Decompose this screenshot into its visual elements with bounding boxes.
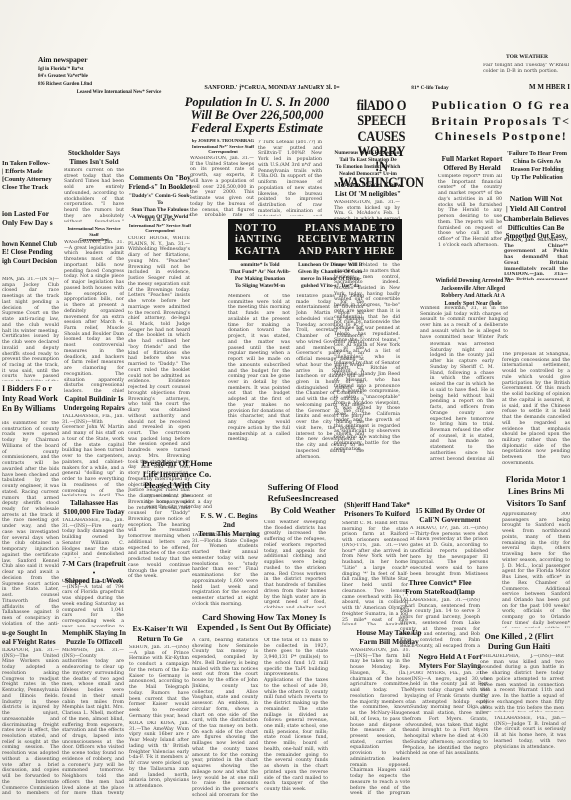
- headline-one-killed: One Killed , 2 (Flirt During Gun Haiti: [476, 632, 562, 652]
- headline-convicts-flee: Three Convict* Flee From StateRoad(lamp: [398, 579, 482, 597]
- weather-forecast: Fair tonight and Tuesday' W'Rnlsil colde…: [483, 63, 569, 85]
- black-box-word: RECEIVE MARTIN: [297, 234, 395, 245]
- black-box-word: PLANS MADE TO: [305, 223, 395, 234]
- black-box-word: KGATTA: [235, 246, 281, 257]
- article-body-35-killed: A HIKAVU, I??, Jan. 31.—(INS)—Thirty-fiv…: [410, 526, 488, 576]
- black-box-word: AND PARTY HERE: [299, 246, 395, 257]
- headline-tax-card: Card Showing How Tax Money Is Expended ,…: [194, 612, 334, 633]
- wire-service-line: Leased Wire International New* Service: [60, 90, 178, 96]
- headline-negro-held: Negro Held A t Fort Myters For Slaying: [410, 652, 490, 670]
- headline-freight-rates: u-ge Sought In eal FYeight Rates: [2, 629, 60, 647]
- article-body-population-right: ? Turk Leteaal (a01.7?) in the war putte…: [258, 140, 322, 216]
- headline-capitol-repairs: Capitol Buildinir Is Undergoing Repairs: [62, 395, 126, 412]
- headline-memphis-slaying: MemphiK Slaying In Puzzle To Offizcell: [62, 629, 126, 646]
- article-body-pekin: PEKIN, Jan. SLUMS:—.7 The Chine** govern…: [504, 238, 568, 270]
- article-body-fswc: TALLAHASSEE, Fla., Jan. 31.—Florida Stat…: [192, 533, 258, 609]
- headline-chamberlain: Chamberlain Believes Difficulties Can Be…: [502, 215, 570, 241]
- black-box-word: iANTING: [235, 234, 282, 245]
- byline-browning: BY J. B. R-T-N International Ne*' Servic…: [127, 217, 193, 234]
- issue-number: M M HBER I: [522, 83, 570, 92]
- article-body-congress: WASHINGTON, Jan. 31.—A great legislative…: [64, 240, 124, 392]
- temperature-today: 81* C-lifo Today: [398, 85, 462, 91]
- article-body-population-left: WASHINGTON, Jan. 31.—If the United State…: [190, 156, 254, 216]
- article-body-one-killed: PHILADELPHIA, J.—(INS)—But one man was k…: [480, 654, 564, 712]
- headline-sheriff-prisoners: (Sh)eriff Hand Take* Prisoners To Kuifor…: [340, 501, 414, 519]
- article-body-shipwreck: KOLA DKI KOSA, Jan. 31.—The AmeWay Wum v…: [129, 721, 189, 795]
- headline-market-report: Full Market Report Offered By Herald: [438, 155, 506, 173]
- deck-winfield-arrest: Winfield Downing Arrested At Jacksonvill…: [398, 278, 548, 308]
- headline-stockholder: Stockholder Says Times Isn't Sold: [64, 149, 124, 166]
- article-body-convicts: TALLAHASSEE, Jan. 31.—(INS)—Karl Duncan,…: [400, 598, 480, 650]
- article-body-capitol: TALLAHASSEE, Fla., Jan. 31.—(INS)—With G…: [62, 414, 124, 496]
- article-body-negro-held: FORT MYERS, Fla., Jan. 31.—(INS)—A negro…: [410, 671, 488, 796]
- article-body-winfield-2: Bowman was arrested Saturday night and l…: [430, 342, 494, 460]
- article-body-china-proposals: The proposals at Shanghai, foreign conce…: [502, 352, 570, 464]
- article-body-kennel: MPA, Jan. 31.—(IN S)— ampa Jockey Club c…: [2, 277, 59, 381]
- black-headline-box: NOT TOPLANS MADE TO iANTINGRECEIVE MARTI…: [228, 219, 402, 260]
- headline-lasted-few-days: ion Lasted For Only Few Day s: [2, 209, 60, 227]
- article-body-tax-card-left: A card, bearing statistics showing how S…: [192, 638, 258, 796]
- newspaper-page: Aim newspaper Igl in Florida'* Ba*st 84'…: [0, 0, 571, 800]
- masthead-title: Aim newspaper: [38, 55, 168, 64]
- article-body-grapefruit: ORLANDO, Fla., Jan. 31.—(INS)—A total of…: [62, 579, 124, 627]
- article-body-president: Elmer Hunt, president of the company, sp…: [146, 494, 212, 510]
- headline-florida-motor: Florida Motor 1 Lines Brins Mi Visitors …: [502, 474, 570, 510]
- article-body-farm-bill: WASHINGTON, Jan. 31.—(INS)—The farm bill…: [350, 648, 410, 796]
- article-body-judge-ill: TALLAHASSEE, Fla., Jan.—(INS)—Judge T. B…: [494, 716, 566, 762]
- article-body-winfield: Winfield Bowman, 31, is in the Seminole …: [420, 306, 508, 338]
- masthead-slogans: Igl in Florida'* Ba*st 84's Greatest Va*…: [38, 66, 168, 88]
- article-body-fire: TALLAHASSEE, Fla., Jan. 31.—(INS)—Fire e…: [62, 518, 124, 558]
- headline-publication: Publication O fG rea Britain Proposals T…: [431, 98, 571, 145]
- headline-ex-kaiser: Ex-Kaiser'ft Wil Return To Ge: [131, 624, 189, 643]
- headline-tallahassee-fire: Tallahassee Has $100,000 Fire Today: [62, 499, 126, 516]
- headline-insurance-president: President Of Home Life Insurance Co. Ple…: [138, 458, 216, 492]
- deck-failure-to-hear: 'Failure To Hear From China Is Given As …: [504, 150, 570, 182]
- article-body-flood-refugees: Cold weather sweeping the flooded distri…: [264, 520, 326, 608]
- deck-committee-funds: ommitte* Is Told That Fund* Ar' Not Avli…: [228, 262, 292, 290]
- headline-nation-control: Nation Will Not | Yield All Control: [502, 194, 570, 213]
- article-body-bidders: ids submitted for the construction of co…: [2, 421, 59, 626]
- article-body-kaiser: SEHUN, Jan. 31.—(INS)—A plan of Prince H…: [129, 645, 189, 719]
- black-box-word: NOT TO: [235, 223, 277, 234]
- article-body-browning: COURT HOUSE, WHITE PLAINS, N. Y., Jan. 3…: [128, 236, 190, 622]
- article-body-london: LONDON.—Jan. 31a—The British government …: [504, 272, 568, 280]
- headline-population: Population In U. S. In 2000 Will Be Over…: [181, 96, 333, 135]
- headline-track-efforts: In Taken Follow- | Efforts Made [County …: [2, 160, 60, 192]
- article-body-committee: Members of the committee were told at th…: [228, 294, 290, 454]
- weather-box-title: TOR WEATHER: [487, 54, 567, 61]
- article-body-stockholder: Rumors current on the street today that …: [64, 168, 124, 222]
- article-body-memphis: MEMPHIS, Jan. 31.—(INS)—County authoriti…: [62, 648, 124, 796]
- article-body-tax-card-right: Of the total of 15 mills to be collected…: [264, 638, 328, 796]
- article-body-freight: ILKAPOUR, Jan. 31.—(INS)—The United Mine…: [2, 648, 59, 796]
- article-body-market-report: Complete report* from all the Important …: [438, 174, 502, 274]
- headline-35-killed: 15 Killed By Order Of Cali'N Government: [408, 507, 492, 525]
- dateline: SANFORD.' j*CoRUA, MONDAY JaNUaRY 3l. I=: [196, 84, 348, 92]
- headline-bidders-road-work: I Bidders F o r Inty Road Work En By Wil…: [2, 384, 60, 413]
- article-body-sheriff: Sheriff C. M. Hand left this morning for…: [342, 521, 408, 541]
- headline-mcadoo-ineligibles: McAdoo Makes Know List Of 'M neligibles": [334, 181, 402, 198]
- byline-population: by JOSEPH S. TROUNSBRAG International Ne…: [190, 138, 256, 155]
- headline-flood-refugees: Suffering Of Flood RefuSeesIncreased By …: [262, 482, 344, 516]
- deck-mcadoo-sections: Numerous WodKRd Sections Tail To East Si…: [334, 150, 402, 178]
- headline-kennel-club: hown Kennel Club E! Close Pending igh Co…: [2, 241, 61, 266]
- article-body-florida-motor: Approximately 300 passengers are being b…: [502, 512, 570, 628]
- headline-browning-booklet: Comments On "Boy Friend-s" In Booklet: [127, 174, 193, 191]
